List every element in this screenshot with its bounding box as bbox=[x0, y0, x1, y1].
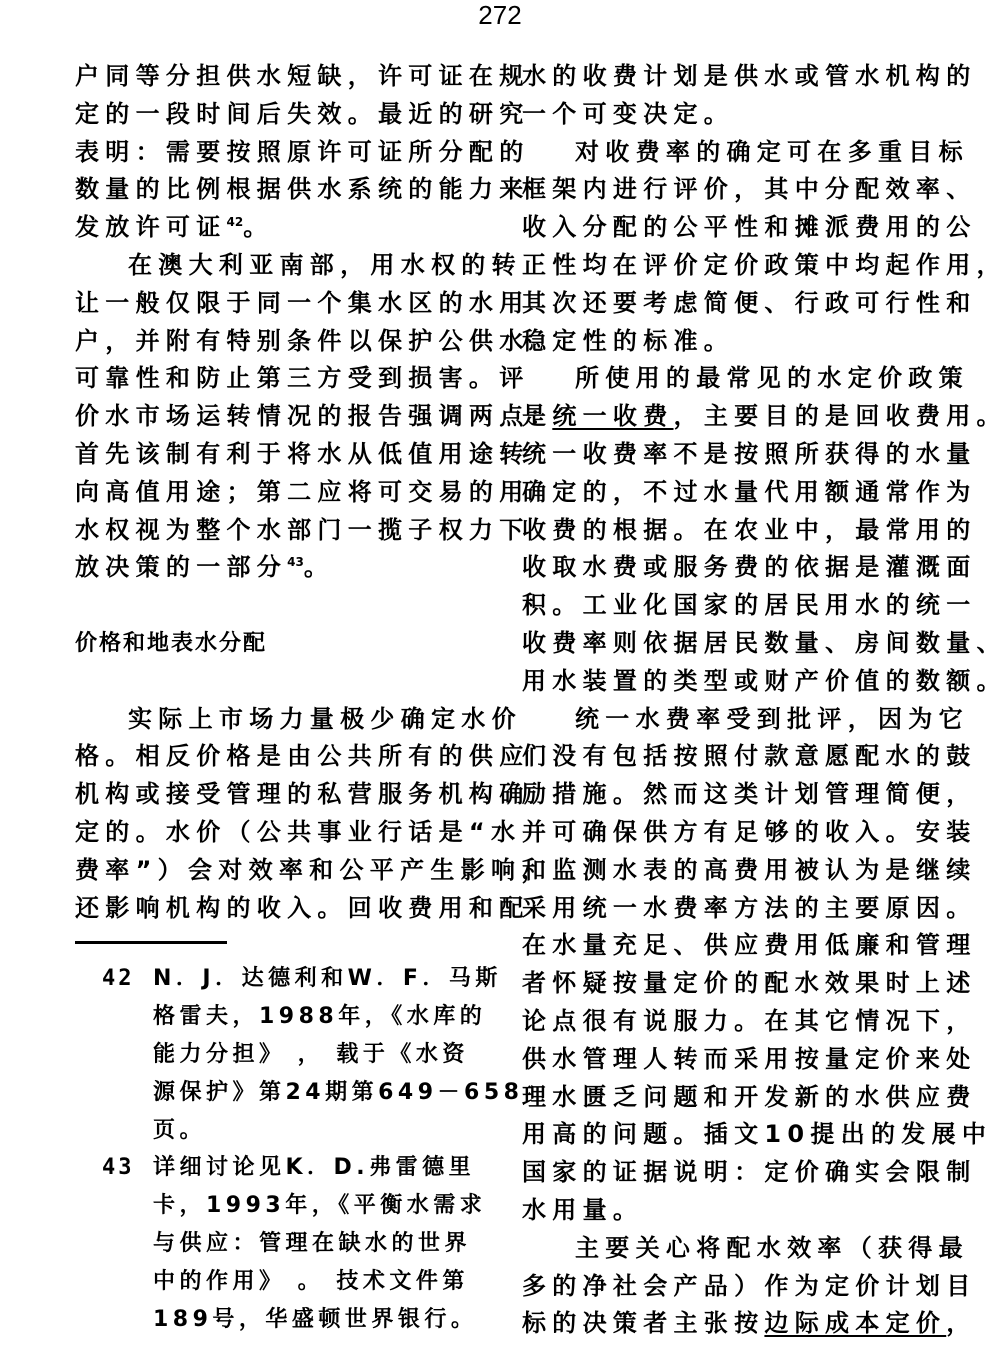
text-line: 首先该制有利于将水从低值用途转 bbox=[75, 436, 495, 474]
text-line: 主要关心将配水效率（获得最 bbox=[522, 1230, 942, 1268]
text-span: 标的决策者主张按 bbox=[522, 1309, 764, 1337]
text-span: ，主要目的是回收费用。 bbox=[674, 402, 1000, 430]
text-line: 价水市场运转情况的报告强调两点： bbox=[75, 398, 495, 436]
text-span: 是 bbox=[522, 402, 552, 430]
text-line: 理水匮乏问题和开发新的水供应费 bbox=[522, 1079, 942, 1117]
footnote-line: 能力分担》 ， 载于《水资 bbox=[75, 1036, 495, 1074]
text-line: 收入分配的公平性和摊派费用的公 bbox=[522, 209, 942, 247]
text-line: 还影响机构的收入。回收费用和配 bbox=[75, 890, 495, 928]
footnote-divider bbox=[75, 941, 227, 944]
text-line: 在水量充足、供应费用低廉和管理 bbox=[522, 927, 942, 965]
text-line: 水权视为整个水部门一揽子权力下 bbox=[75, 512, 495, 550]
footnote-line: 与供应：管理在缺水的世界 bbox=[75, 1225, 495, 1263]
text-line: 所使用的最常见的水定价政策 bbox=[522, 360, 942, 398]
spacer bbox=[75, 587, 495, 625]
text-line: 供水管理人转而采用按量定价来处 bbox=[522, 1041, 942, 1079]
text-line: 水用量。 bbox=[522, 1192, 942, 1230]
text-line: 积。工业化国家的居民用水的统一 bbox=[522, 587, 942, 625]
section-heading: 价格和地表水分配 bbox=[75, 625, 495, 663]
text-line: 统一水费率受到批评，因为它 bbox=[522, 701, 942, 739]
paragraph-continuation: 水的收费计划是供水或管水机构的 一个可变决定。 bbox=[522, 58, 942, 134]
text-line: 国家的证据说明：定价确实会限制 bbox=[522, 1154, 942, 1192]
footnote-43: 43 详细讨论见K．D.弗雷德里 卡，1993年，《平衡水需求 与供应：管理在缺… bbox=[75, 1149, 495, 1338]
text-line: 统一收费率不是按照所获得的水量 bbox=[522, 436, 942, 474]
left-column: 户同等分担供水短缺，许可证在规 定的一段时间后失效。最近的研究 表明：需要按照原… bbox=[75, 58, 495, 1338]
text-line: 多的净社会产品）作为定价计划目 bbox=[522, 1268, 942, 1306]
footnote-line: 源保护》第24期第649－658 bbox=[75, 1074, 495, 1112]
text-span: 。 bbox=[304, 553, 334, 581]
paragraph-marginal-cost: 主要关心将配水效率（获得最 多的净社会产品）作为定价计划目 标的决策者主张按边际… bbox=[522, 1230, 942, 1343]
text-span: 放决策的一部分 bbox=[75, 553, 287, 581]
footnote-line: 格雷夫，1988年，《水库的 bbox=[75, 998, 495, 1036]
text-line: 正性均在评价定价政策中均起作用， bbox=[522, 247, 942, 285]
footnote-line: 页。 bbox=[75, 1112, 495, 1150]
spacer bbox=[75, 663, 495, 701]
term-flat-rate: 统一收费 bbox=[552, 402, 673, 430]
text-line: 数量的比例根据供水系统的能力来 bbox=[75, 171, 495, 209]
text-line: 用水装置的类型或财产价值的数额。 bbox=[522, 663, 942, 701]
text-line: 定的一段时间后失效。最近的研究 bbox=[75, 96, 495, 134]
term-marginal-cost-pricing: 边际成本定价 bbox=[764, 1309, 946, 1337]
text-line: 格。相反价格是由公共所有的供应 bbox=[75, 738, 495, 776]
text-line: 机构或接受管理的私营服务机构确 bbox=[75, 776, 495, 814]
text-line: 是统一收费，主要目的是回收费用。 bbox=[522, 398, 942, 436]
text-line: 发放许可证42。 bbox=[75, 209, 495, 247]
text-line: 确定的，不过水量代用额通常作为 bbox=[522, 474, 942, 512]
text-line: 框架内进行评价，其中分配效率、 bbox=[522, 171, 942, 209]
text-line: 们没有包括按照付款意愿配水的鼓 bbox=[522, 738, 942, 776]
footnote-line: 189号，华盛顿世界银行。 bbox=[75, 1301, 495, 1339]
text-line: 定的。水价（公共事业行话是“水 bbox=[75, 814, 495, 852]
paragraph-criticism: 统一水费率受到批评，因为它 们没有包括按照付款意愿配水的鼓 励措施。然而这类计划… bbox=[522, 701, 942, 1230]
text-line: 放决策的一部分43。 bbox=[75, 549, 495, 587]
text-line: 费率”）会对效率和公平产生影响， bbox=[75, 852, 495, 890]
text-span: ， bbox=[946, 1309, 976, 1337]
footnote-line: 详细讨论见K．D.弗雷德里 bbox=[75, 1149, 495, 1187]
footnote-line: 卡，1993年，《平衡水需求 bbox=[75, 1187, 495, 1225]
text-span: 发放许可证 bbox=[75, 213, 227, 241]
text-line: 让一般仅限于同一个集水区的水用 bbox=[75, 285, 495, 323]
text-line: 户，并附有特别条件以保护公供水 bbox=[75, 323, 495, 361]
text-line: 用高的问题。插文10提出的发展中 bbox=[522, 1116, 942, 1154]
footnote-42: 42 N．J．达德利和W．F．马斯 格雷夫，1988年，《水库的 能力分担》 ，… bbox=[75, 960, 495, 1149]
paragraph-south-australia: 在澳大利亚南部，用水权的转 让一般仅限于同一个集水区的水用 户，并附有特别条件以… bbox=[75, 247, 495, 587]
footnote-ref-43[interactable]: 43 bbox=[287, 555, 304, 569]
paragraph-flat-rate: 所使用的最常见的水定价政策 是统一收费，主要目的是回收费用。 统一收费率不是按照… bbox=[522, 360, 942, 700]
paragraph-market-forces: 实际上市场力量极少确定水价 格。相反价格是由公共所有的供应 机构或接受管理的私营… bbox=[75, 701, 495, 928]
page-number: 272 bbox=[0, 0, 1000, 30]
text-line: 采用统一水费率方法的主要原因。 bbox=[522, 890, 942, 928]
text-line: 收费率则依据居民数量、房间数量、 bbox=[522, 625, 942, 663]
text-line: 水的收费计划是供水或管水机构的 bbox=[522, 58, 942, 96]
text-line: 户同等分担供水短缺，许可证在规 bbox=[75, 58, 495, 96]
paragraph-rate-evaluation: 对收费率的确定可在多重目标 框架内进行评价，其中分配效率、 收入分配的公平性和摊… bbox=[522, 134, 942, 361]
footnote-number: 42 bbox=[102, 960, 135, 998]
text-line: 收取水费或服务费的依据是灌溉面 bbox=[522, 549, 942, 587]
footnote-line: N．J．达德利和W．F．马斯 bbox=[75, 960, 495, 998]
text-line: 收费的根据。在农业中，最常用的 bbox=[522, 512, 942, 550]
footnote-line: 中的作用》 。 技术文件第 bbox=[75, 1263, 495, 1301]
text-line: 其次还要考虑简便、行政可行性和 bbox=[522, 285, 942, 323]
right-column: 水的收费计划是供水或管水机构的 一个可变决定。 对收费率的确定可在多重目标 框架… bbox=[522, 58, 942, 1343]
text-line: 可靠性和防止第三方受到损害。评 bbox=[75, 360, 495, 398]
text-line: 稳定性的标准。 bbox=[522, 323, 942, 361]
text-line: 和监测水表的高费用被认为是继续 bbox=[522, 852, 942, 890]
text-span: 。 bbox=[243, 213, 273, 241]
text-line: 一个可变决定。 bbox=[522, 96, 942, 134]
paragraph-license-expiry: 户同等分担供水短缺，许可证在规 定的一段时间后失效。最近的研究 表明：需要按照原… bbox=[75, 58, 495, 247]
text-line: 在澳大利亚南部，用水权的转 bbox=[75, 247, 495, 285]
text-line: 向高值用途；第二应将可交易的用 bbox=[75, 474, 495, 512]
text-line: 标的决策者主张按边际成本定价， bbox=[522, 1305, 942, 1343]
text-line: 实际上市场力量极少确定水价 bbox=[75, 701, 495, 739]
footnote-ref-42[interactable]: 42 bbox=[227, 215, 244, 229]
text-line: 者怀疑按量定价的配水效果时上述 bbox=[522, 965, 942, 1003]
text-line: 对收费率的确定可在多重目标 bbox=[522, 134, 942, 172]
footnote-number: 43 bbox=[102, 1149, 135, 1187]
text-line: 论点很有说服力。在其它情况下， bbox=[522, 1003, 942, 1041]
text-line: 励措施。然而这类计划管理简便， bbox=[522, 776, 942, 814]
text-line: 表明：需要按照原许可证所分配的 bbox=[75, 134, 495, 172]
text-line: 并可确保供方有足够的收入。安装 bbox=[522, 814, 942, 852]
